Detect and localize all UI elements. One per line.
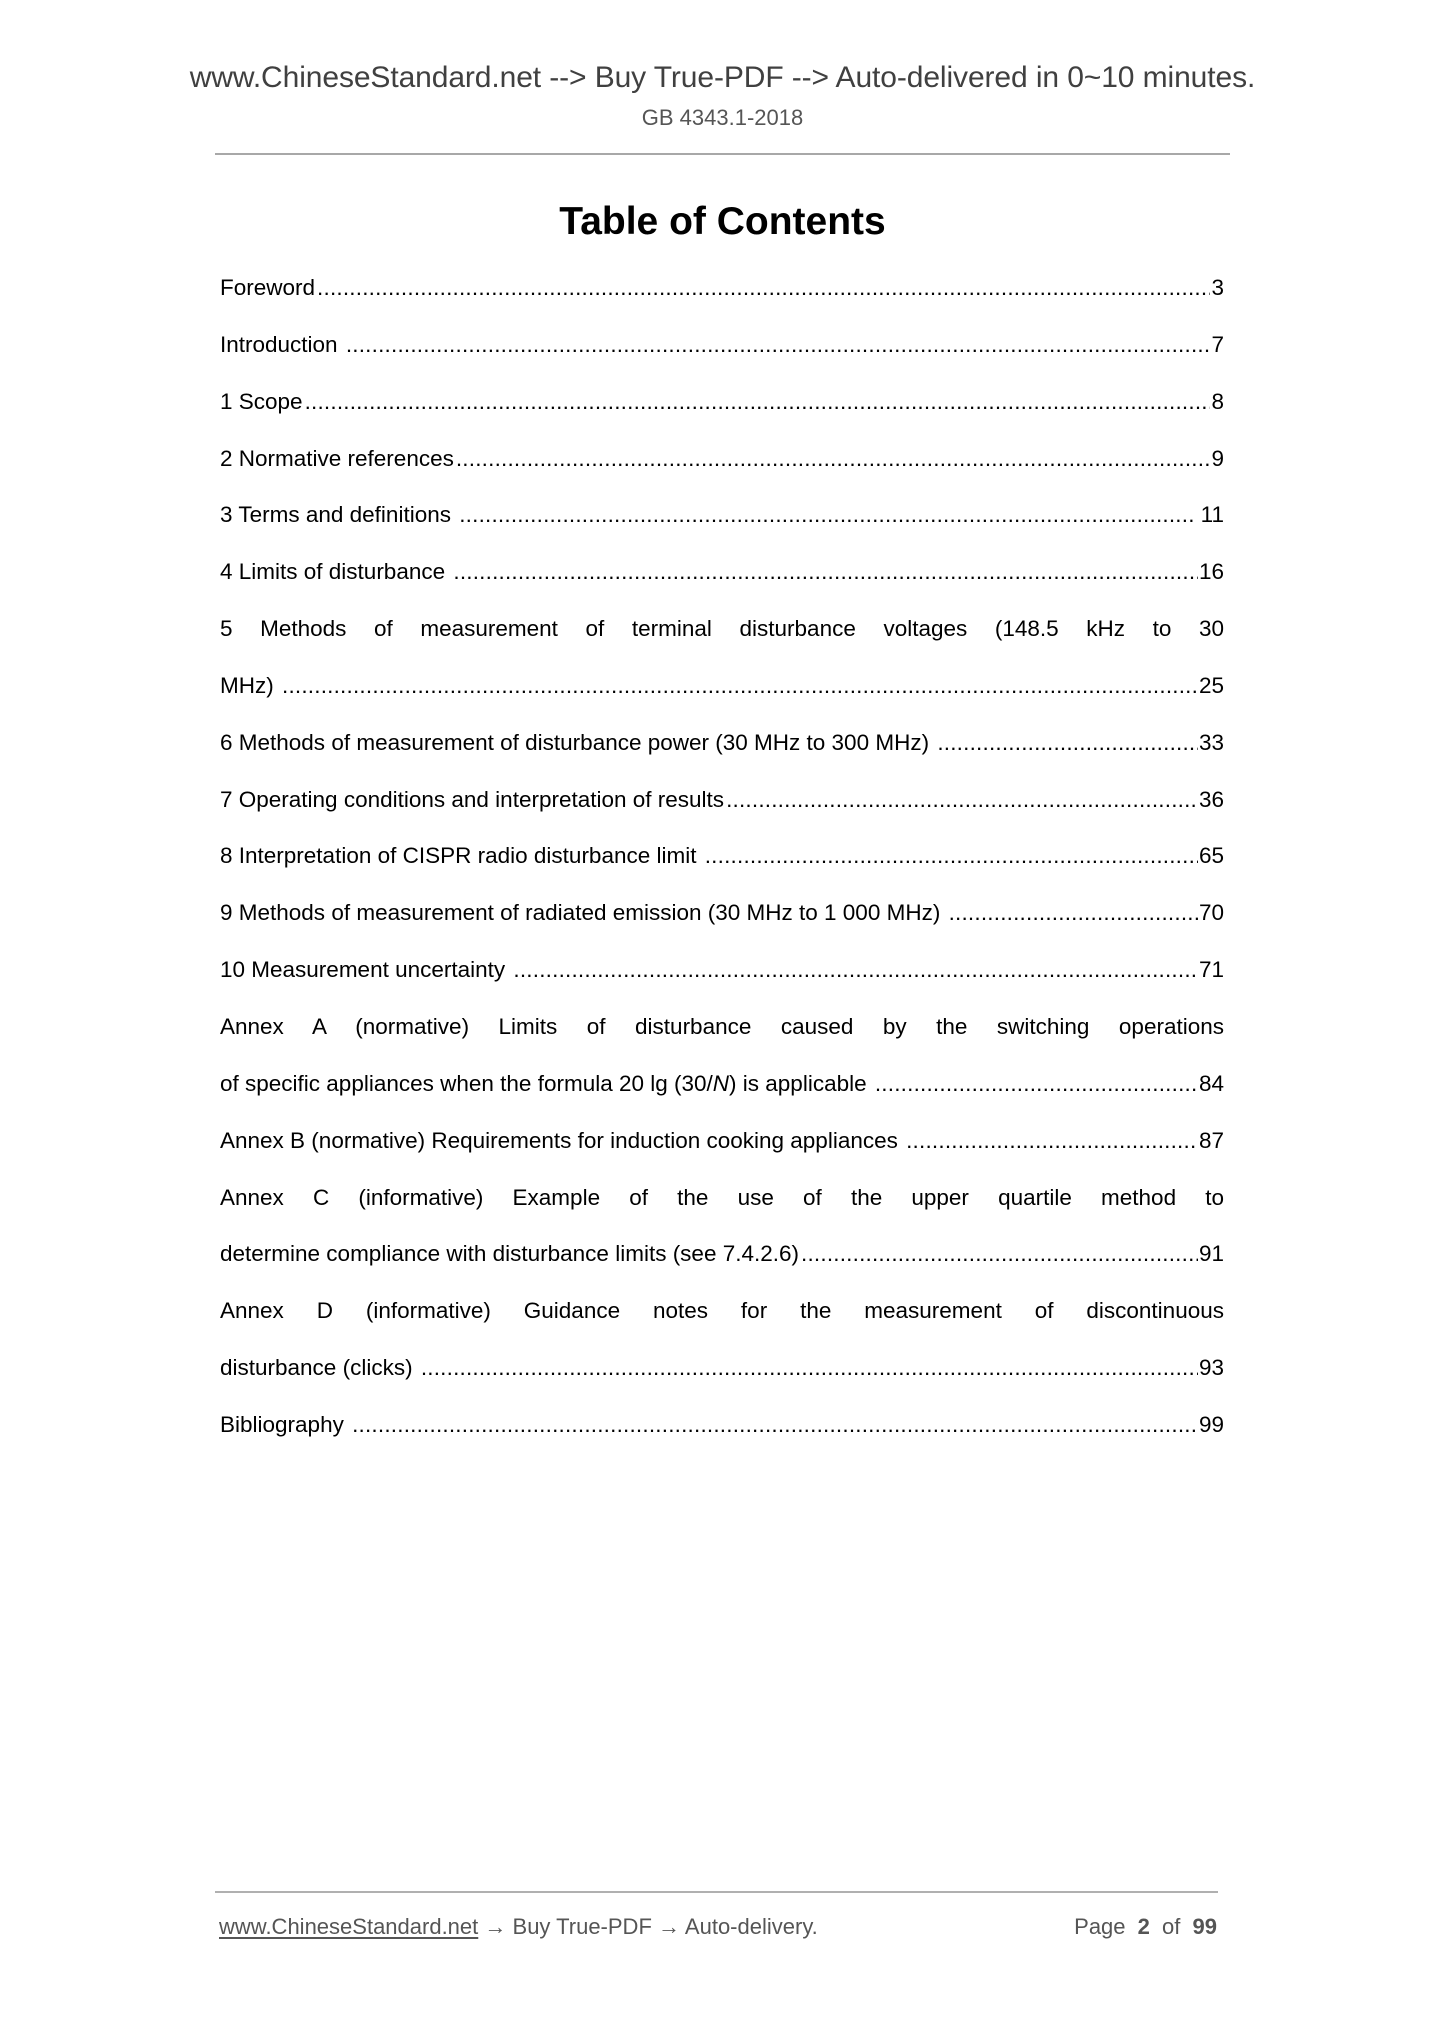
toc-entry-page: 7 xyxy=(1211,317,1224,374)
footer-promo: www.ChineseStandard.net → Buy True-PDF →… xyxy=(219,1912,818,1942)
toc-entry-page: 65 xyxy=(1199,828,1224,885)
dot-leader xyxy=(875,1056,1198,1113)
toc-entry-page: 93 xyxy=(1199,1340,1224,1397)
toc-entry-label: Introduction xyxy=(220,317,344,374)
dot-leader xyxy=(346,317,1211,374)
toc-entry-annex-d-line2[interactable]: disturbance (clicks) 93 xyxy=(220,1340,1224,1397)
toc-entry-label: 8 Interpretation of CISPR radio disturba… xyxy=(220,828,703,885)
toc-entry-terminal-voltage-line1[interactable]: 5 Methods of measurement of terminal dis… xyxy=(220,601,1224,658)
site-link[interactable]: www.ChineseStandard.net xyxy=(219,1914,478,1939)
toc-entry-normative-references[interactable]: 2 Normative references 9 xyxy=(220,431,1224,488)
page-title: Table of Contents xyxy=(0,198,1445,246)
toc-entry-label: of specific appliances when the formula … xyxy=(220,1056,873,1113)
toc-entry-page: 25 xyxy=(1199,658,1224,715)
footer-divider xyxy=(215,1891,1218,1893)
toc-entry-terms-and-definitions[interactable]: 3 Terms and definitions 11 xyxy=(220,487,1224,544)
toc-entry-label: 3 Terms and definitions xyxy=(220,487,457,544)
toc-entry-label: MHz) xyxy=(220,658,280,715)
formula-variable-n: N xyxy=(713,1071,729,1096)
arrow-right-icon: → xyxy=(658,1914,680,1939)
dot-leader xyxy=(705,828,1198,885)
toc-entry-label-post: ) is applicable xyxy=(729,1071,873,1096)
buy-true-pdf-text: Buy True-PDF xyxy=(513,1914,652,1939)
toc-entry-label: Annex C (informative) Example of the use… xyxy=(220,1170,1224,1227)
toc-entry-disturbance-power[interactable]: 6 Methods of measurement of disturbance … xyxy=(220,715,1224,772)
dot-leader xyxy=(305,374,1211,431)
toc-entry-label: Annex A (normative) Limits of disturbanc… xyxy=(220,999,1224,1056)
toc-entry-radiated-emission[interactable]: 9 Methods of measurement of radiated emi… xyxy=(220,885,1224,942)
toc-entry-annex-b[interactable]: Annex B (normative) Requirements for ind… xyxy=(220,1113,1224,1170)
toc-entry-page: 84 xyxy=(1199,1056,1224,1113)
toc-entry-introduction[interactable]: Introduction 7 xyxy=(220,317,1224,374)
arrow-right-icon: → xyxy=(484,1914,506,1939)
toc-entry-operating-conditions[interactable]: 7 Operating conditions and interpretatio… xyxy=(220,772,1224,829)
toc-entry-bibliography[interactable]: Bibliography 99 xyxy=(220,1397,1224,1454)
toc-entry-label: 10 Measurement uncertainty xyxy=(220,942,511,999)
toc-entry-annex-c-line2[interactable]: determine compliance with disturbance li… xyxy=(220,1226,1224,1283)
toc-entry-page: 3 xyxy=(1211,260,1224,317)
toc-entry-page: 71 xyxy=(1199,942,1224,999)
page-label: Page xyxy=(1074,1914,1125,1939)
toc-entry-label: 6 Methods of measurement of disturbance … xyxy=(220,715,935,772)
toc-entry-label: Foreword xyxy=(220,260,315,317)
toc-entry-label: Bibliography xyxy=(220,1397,350,1454)
toc-entry-annex-a-line1[interactable]: Annex A (normative) Limits of disturbanc… xyxy=(220,999,1224,1056)
toc-entry-page: 70 xyxy=(1199,885,1224,942)
header-banner: www.ChineseStandard.net --> Buy True-PDF… xyxy=(0,60,1445,96)
dot-leader xyxy=(801,1226,1198,1283)
dot-leader xyxy=(317,260,1210,317)
dot-leader xyxy=(937,715,1198,772)
toc-entry-limits-of-disturbance[interactable]: 4 Limits of disturbance 16 xyxy=(220,544,1224,601)
dot-leader xyxy=(906,1113,1198,1170)
page-indicator: Page 2 of 99 xyxy=(1074,1912,1217,1942)
toc-entry-page: 91 xyxy=(1199,1226,1224,1283)
toc-entry-cispr-limit[interactable]: 8 Interpretation of CISPR radio disturba… xyxy=(220,828,1224,885)
dot-leader xyxy=(453,544,1198,601)
table-of-contents: Foreword 3 Introduction 7 1 Scope 8 2 No… xyxy=(220,260,1224,1454)
toc-entry-annex-d-line1[interactable]: Annex D (informative) Guidance notes for… xyxy=(220,1283,1224,1340)
dot-leader xyxy=(282,658,1198,715)
dot-leader xyxy=(456,431,1211,488)
toc-entry-page: 8 xyxy=(1211,374,1224,431)
toc-entry-label: Annex B (normative) Requirements for ind… xyxy=(220,1113,904,1170)
total-page-count: 99 xyxy=(1193,1914,1217,1939)
toc-entry-page: 33 xyxy=(1199,715,1224,772)
toc-entry-page: 99 xyxy=(1199,1397,1224,1454)
dot-leader xyxy=(513,942,1198,999)
toc-entry-scope[interactable]: 1 Scope 8 xyxy=(220,374,1224,431)
of-label: of xyxy=(1162,1914,1180,1939)
dot-leader xyxy=(352,1397,1198,1454)
toc-entry-terminal-voltage-line2[interactable]: MHz) 25 xyxy=(220,658,1224,715)
dot-leader xyxy=(459,487,1193,544)
toc-entry-label: disturbance (clicks) xyxy=(220,1340,419,1397)
toc-entry-page: 9 xyxy=(1211,431,1224,488)
toc-entry-page: 16 xyxy=(1199,544,1224,601)
dot-leader xyxy=(949,885,1198,942)
toc-entry-label: determine compliance with disturbance li… xyxy=(220,1226,799,1283)
toc-entry-label: Annex D (informative) Guidance notes for… xyxy=(220,1283,1224,1340)
current-page-number: 2 xyxy=(1138,1914,1150,1939)
dot-leader xyxy=(726,772,1198,829)
toc-entry-foreword[interactable]: Foreword 3 xyxy=(220,260,1224,317)
toc-entry-page: 11 xyxy=(1194,487,1224,544)
toc-entry-annex-c-line1[interactable]: Annex C (informative) Example of the use… xyxy=(220,1170,1224,1227)
toc-entry-annex-a-line2[interactable]: of specific appliances when the formula … xyxy=(220,1056,1224,1113)
toc-entry-page: 36 xyxy=(1199,772,1224,829)
toc-entry-page: 87 xyxy=(1199,1113,1224,1170)
toc-entry-label: 2 Normative references xyxy=(220,431,454,488)
toc-entry-label: 5 Methods of measurement of terminal dis… xyxy=(220,601,1224,658)
toc-entry-label: 4 Limits of disturbance xyxy=(220,544,451,601)
auto-delivery-text: Auto-delivery. xyxy=(685,1914,818,1939)
dot-leader xyxy=(421,1340,1198,1397)
toc-entry-label: 9 Methods of measurement of radiated emi… xyxy=(220,885,947,942)
toc-entry-measurement-uncertainty[interactable]: 10 Measurement uncertainty 71 xyxy=(220,942,1224,999)
toc-entry-label: 1 Scope xyxy=(220,374,303,431)
standard-code: GB 4343.1-2018 xyxy=(0,105,1445,131)
toc-entry-label: 7 Operating conditions and interpretatio… xyxy=(220,772,724,829)
header-divider xyxy=(215,153,1230,155)
page-footer: www.ChineseStandard.net → Buy True-PDF →… xyxy=(219,1912,1217,1942)
toc-entry-label-pre: of specific appliances when the formula … xyxy=(220,1071,713,1096)
